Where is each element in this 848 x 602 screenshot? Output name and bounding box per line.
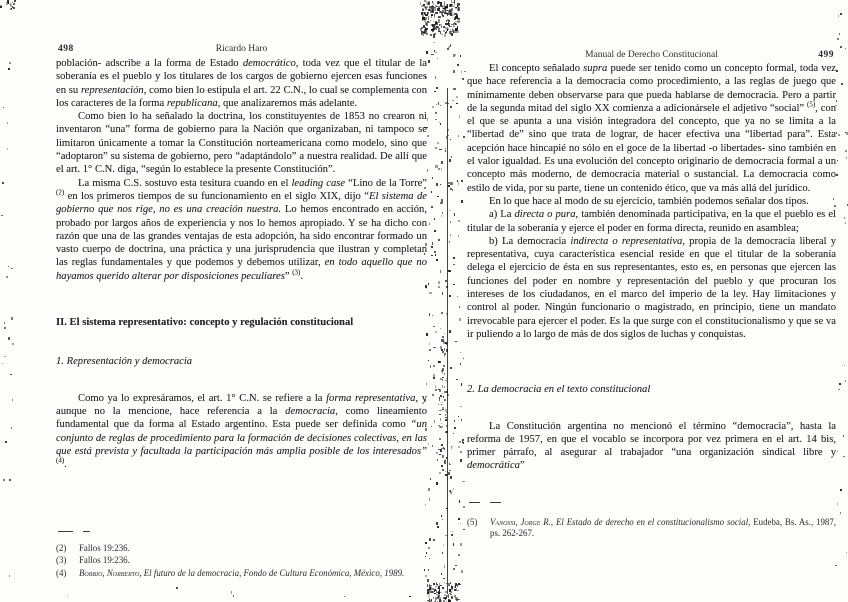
right-page-body: El concepto señalado supra puede ser ten… [467, 62, 836, 473]
paragraph: En lo que hace al modo de su ejercicio, … [467, 195, 836, 208]
left-page-header: 498 Ricardo Haro [56, 44, 427, 57]
text-run: , Fondo de Cultura Económica, México, 19… [239, 568, 404, 578]
text-run: representación [81, 85, 144, 96]
text-run: ” [520, 460, 525, 471]
text-run: Como bien lo ha señalado la doctrina, lo… [56, 111, 427, 175]
left-page-body: población- adscribe a la forma de Estado… [56, 57, 427, 471]
text-run: , que analizaremos más adelante. [218, 98, 357, 109]
running-head: Manual de Derecho Constitucional [467, 50, 836, 60]
paragraph: La Constitución argentina no mencionó el… [467, 420, 836, 473]
footnote: (5)Vanossi, Jorge R., El Estado de derec… [467, 517, 836, 540]
text-run: . [300, 271, 303, 282]
text-run: Fallos 19:236. [79, 555, 130, 565]
text-run: La Constitución argentina no mencionó el… [467, 421, 836, 459]
paragraph: Como ya lo expresáramos, el art. 1° C.N.… [56, 392, 427, 472]
footnote-text: Fallos 19:236. [79, 543, 427, 554]
footnote-separator [469, 502, 501, 503]
paragraph: La misma C.S. sostuvo esta tesitura cuan… [56, 177, 427, 283]
text-run: a) La [489, 209, 515, 220]
text-run: , con el que se apunta a una visión inte… [467, 103, 836, 194]
footnote-text: Bobbio, Norberto, El futuro de la democr… [79, 568, 427, 579]
text-run: Vanossi, Jorge R., [490, 517, 556, 527]
binding-gutter-line [447, 88, 448, 594]
text-run: (4) [56, 457, 64, 465]
text-run: 2. La democracia en el texto constitucio… [467, 384, 650, 395]
text-run: “Lino de la Torre” [345, 178, 427, 189]
right-page: Manual de Derecho Constitucional 499 El … [467, 0, 836, 602]
section-heading: II. El sistema representativo: concepto … [56, 316, 427, 329]
text-run: población- adscribe a la forma de Estado [56, 58, 243, 69]
footnote-text: Vanossi, Jorge R., El Estado de derecho … [490, 517, 836, 540]
footnote-number: (5) [467, 517, 490, 540]
text-run: democrático [243, 58, 296, 69]
paragraph: El concepto señalado supra puede ser ten… [467, 62, 836, 195]
text-run: El concepto señalado [489, 63, 583, 74]
text-run: Fallos 19:236. [79, 543, 130, 553]
subsection-heading: 2. La democracia en el texto constitucio… [467, 383, 836, 396]
text-run: El futuro de la democracia [144, 568, 239, 578]
text-run: El Estado de derecho en el constituciona… [556, 517, 748, 527]
subsection-heading: 1. Representación y democracia [56, 355, 427, 368]
text-run: , propia de la democracia liberal y repr… [467, 236, 836, 340]
paragraph: b) La democracia indirecta o representat… [467, 235, 836, 341]
paragraph: Como bien lo ha señalado la doctrina, lo… [56, 110, 427, 176]
text-run: 1. Representación y democracia [56, 356, 192, 367]
text-run: democrática [467, 460, 520, 471]
text-run: La misma C.S. sostuvo esta tesitura cuan… [78, 178, 291, 189]
text-run: democracia [285, 406, 335, 417]
text-run: republicana [167, 98, 218, 109]
text-run: indirecta o representativa [570, 236, 682, 247]
footnote-number: (2) [56, 543, 79, 554]
paragraph: población- adscribe a la forma de Estado… [56, 57, 427, 110]
text-run: (5) [807, 100, 815, 108]
text-run: En lo que hace al modo de su ejercicio, … [489, 196, 809, 207]
text-run: en los primeros tiempos de su funcionami… [64, 191, 369, 202]
text-run: II. El sistema representativo: concepto … [56, 317, 353, 328]
scanned-book-spread: 498 Ricardo Haro población- adscribe a l… [0, 0, 848, 602]
text-run: supra [583, 63, 607, 74]
text-run: forma representativa [326, 393, 415, 404]
text-run: directa o pura [515, 209, 576, 220]
text-run: Como ya lo expresáramos, el art. 1° C.N.… [78, 393, 326, 404]
left-page: 498 Ricardo Haro población- adscribe a l… [56, 0, 427, 602]
text-run: . [64, 459, 67, 470]
left-page-footnotes: (2)Fallos 19:236.(3)Fallos 19:236.(4)Bob… [56, 543, 427, 580]
paragraph: a) La directa o pura, también denominada… [467, 208, 836, 235]
right-page-footnotes: (5)Vanossi, Jorge R., El Estado de derec… [467, 517, 836, 541]
text-run: b) La democracia [489, 236, 570, 247]
footnote: (4)Bobbio, Norberto, El futuro de la dem… [56, 568, 427, 579]
footnote-text: Fallos 19:236. [79, 555, 427, 566]
footnote: (2)Fallos 19:236. [56, 543, 427, 554]
text-run: (2) [56, 188, 64, 196]
text-run: Bobbio, Norberto, [79, 568, 144, 578]
footnote: (3)Fallos 19:236. [56, 555, 427, 566]
footnote-separator [58, 531, 90, 532]
page-number: 499 [818, 50, 834, 60]
footnote-number: (3) [56, 555, 79, 566]
text-run: leading case [291, 178, 345, 189]
footnote-number: (4) [56, 568, 79, 579]
running-head: Ricardo Haro [56, 44, 427, 54]
